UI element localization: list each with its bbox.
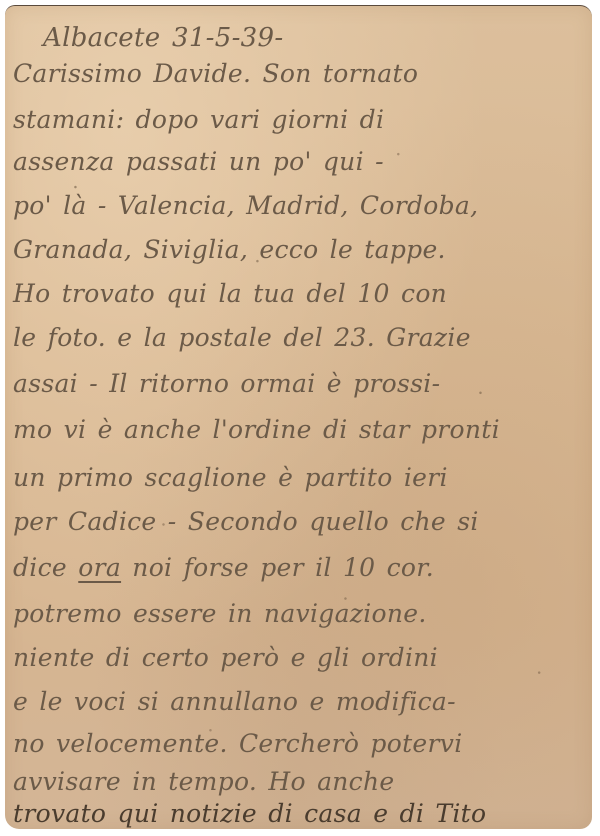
letter-header-place-date: Albacete 31-5-39-: [43, 18, 283, 58]
letter-line-with-underline: dice ora noi forse per il 10 cor.: [13, 548, 434, 588]
letter-line: un primo scaglione è partito ieri: [13, 458, 448, 498]
letter-line: mo vi è anche l'ordine di star pronti: [13, 410, 500, 450]
letter-line: assenza passati un po' qui -: [13, 142, 384, 182]
letter-line: le foto. e la postale del 23. Grazie: [13, 318, 471, 358]
letter-line: po' là - Valencia, Madrid, Cordoba,: [13, 186, 478, 226]
letter-line: no velocemente. Cercherò potervi: [13, 724, 462, 764]
letter-line: niente di certo però e gli ordini: [13, 638, 438, 678]
letter-line: assai - Il ritorno ormai è prossi-: [13, 364, 440, 404]
underlined-word: ora: [78, 553, 121, 582]
letter-line: stamani: dopo vari giorni di: [13, 100, 384, 140]
letter-line: Ho trovato qui la tua del 10 con: [13, 274, 447, 314]
letter-line: Carissimo Davide. Son tornato: [13, 54, 418, 94]
letter-line: trovato qui notizie di casa e di Tito: [13, 794, 486, 829]
letter-line: e le voci si annullano e modifica-: [13, 682, 456, 722]
letter-line: per Cadice - Secondo quello che si: [13, 502, 479, 542]
postcard: Albacete 31-5-39- Carissimo Davide. Son …: [5, 5, 592, 829]
letter-text: dice: [13, 553, 78, 582]
letter-line: potremo essere in navigazione.: [13, 594, 427, 634]
letter-line: Granada, Siviglia, ecco le tappe.: [13, 230, 446, 270]
letter-text: noi forse per il 10 cor.: [121, 553, 434, 582]
